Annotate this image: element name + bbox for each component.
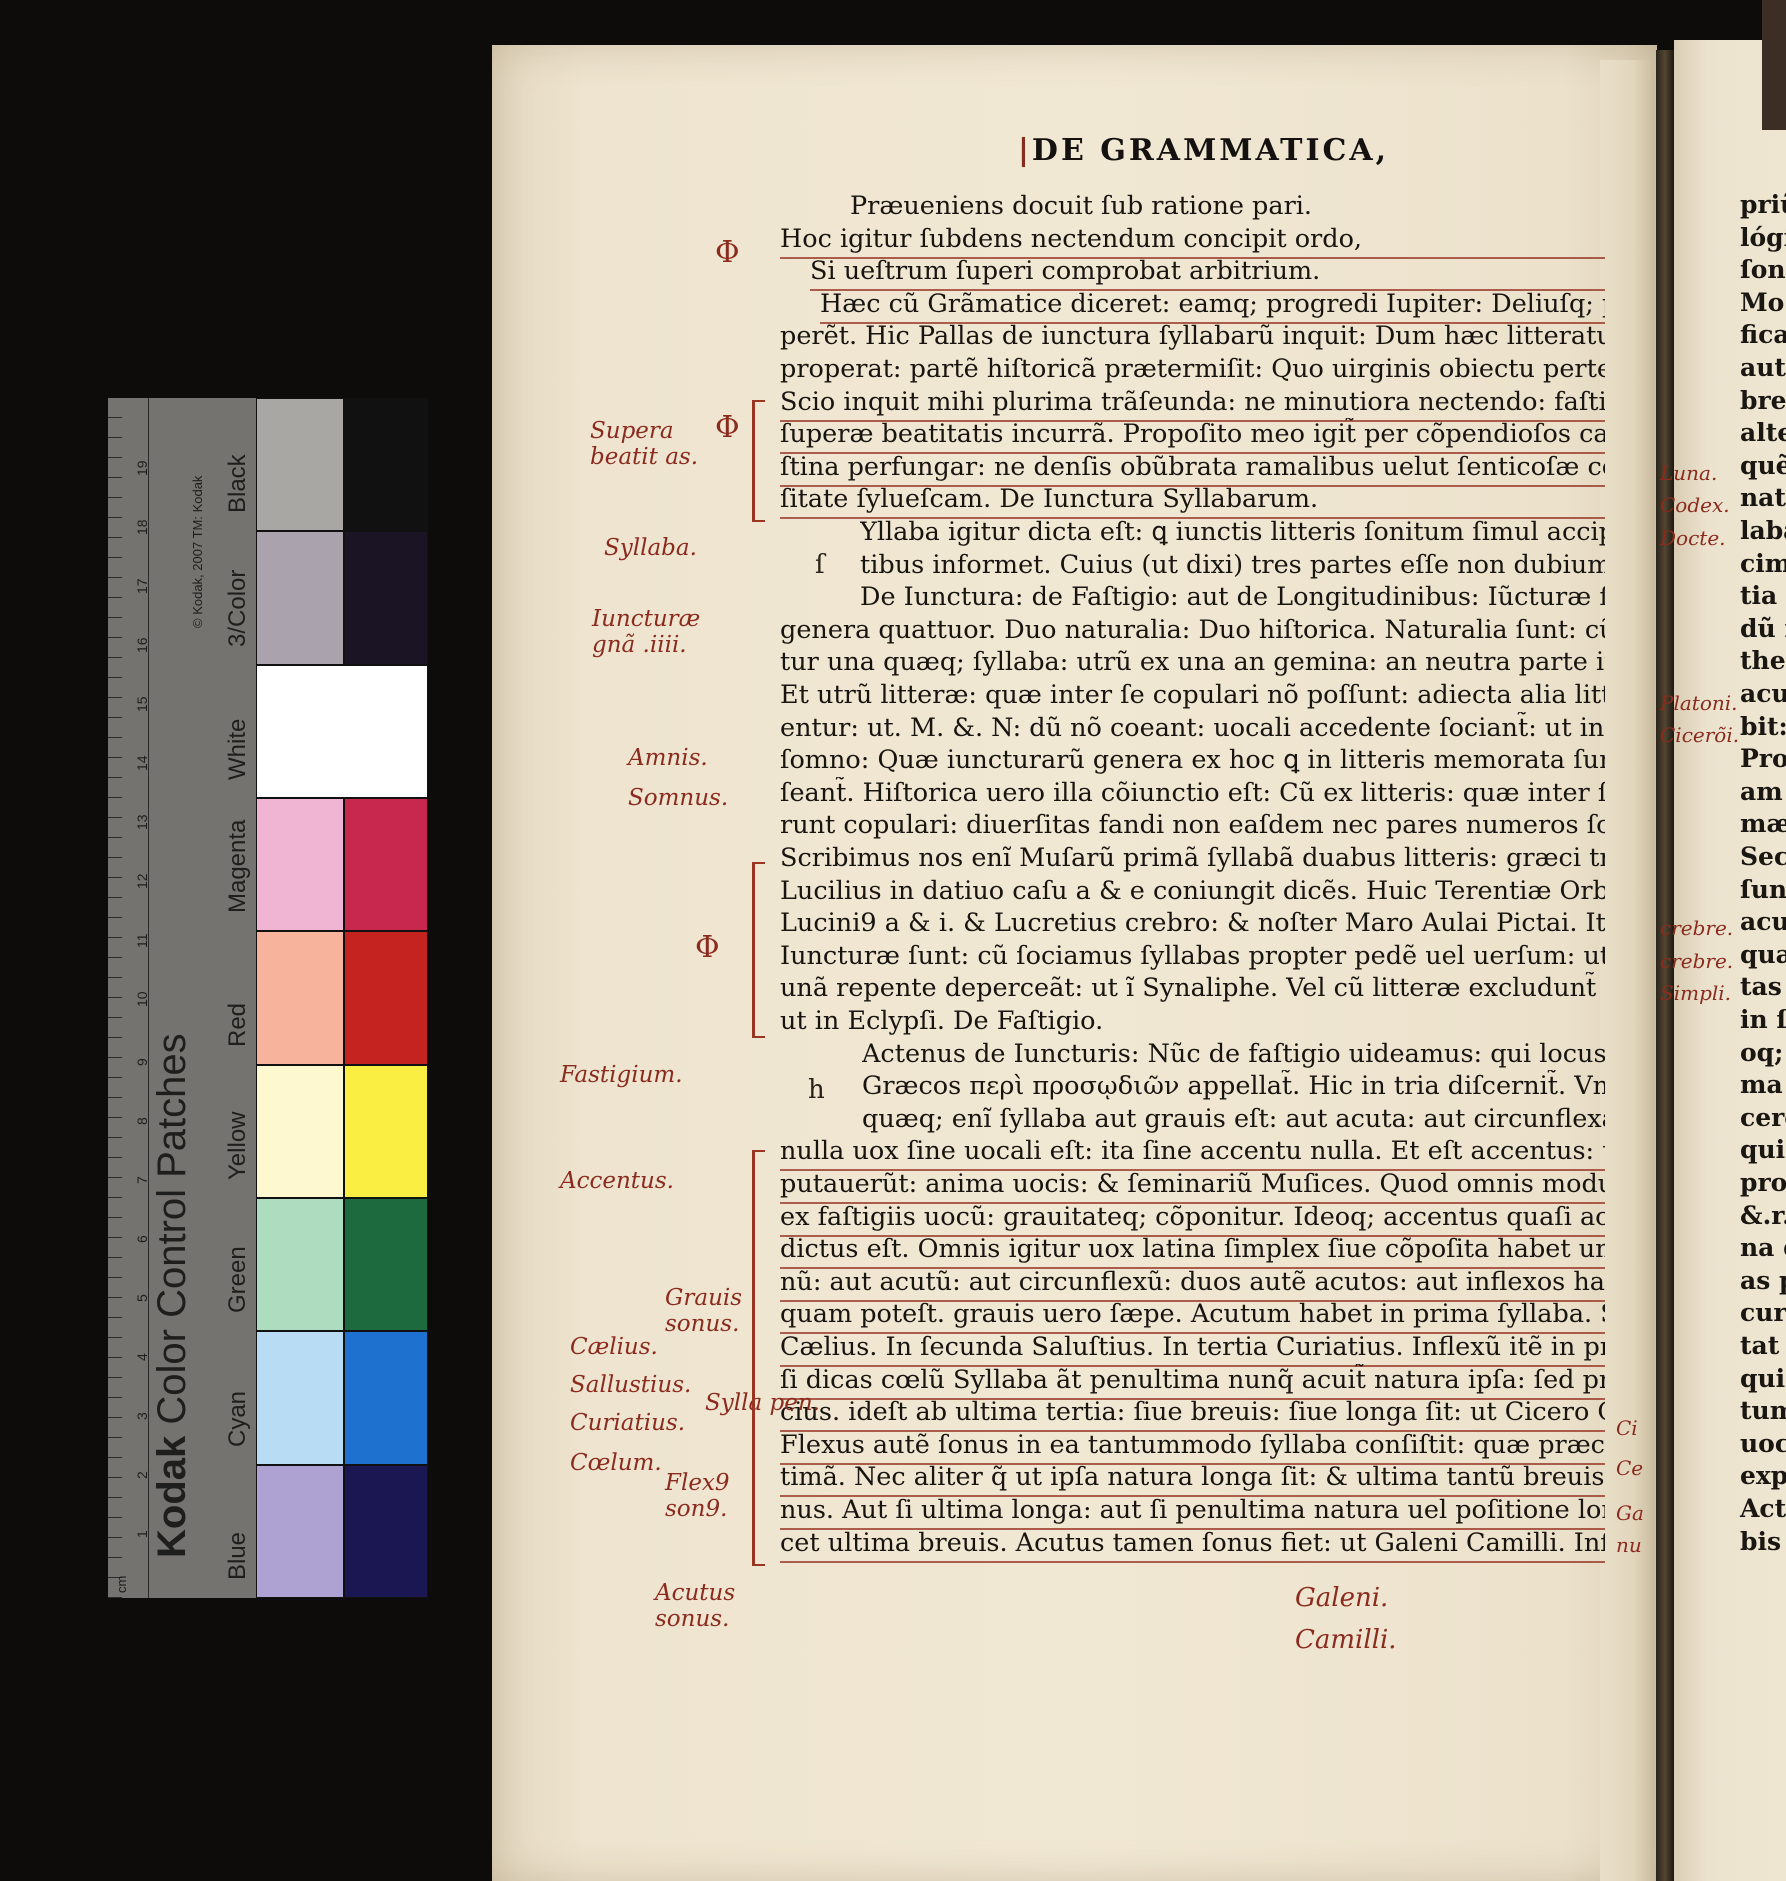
color-patch-dark xyxy=(344,1331,428,1464)
color-patch-light xyxy=(256,931,344,1064)
next-page-line: tia a xyxy=(1740,581,1786,610)
margin-note: Acutus sonus. xyxy=(655,1580,765,1632)
margin-note: Fastigium. xyxy=(560,1062,683,1088)
next-page-line: uoci xyxy=(1740,1429,1786,1458)
margin-note: Somnus. xyxy=(628,785,728,811)
next-page-margin-note: Simpli. xyxy=(1660,980,1731,1006)
text-line: ſitate ſylueſcam. De Iunctura Syllabarum… xyxy=(780,483,1605,519)
text-line: tur una quæq; ſyllaba: utrũ ex una an ge… xyxy=(780,646,1605,678)
ruler-cm-mark: 7 xyxy=(134,1176,150,1184)
text-line: nũ: aut acutũ: aut circunflexũ: duos aut… xyxy=(780,1266,1605,1302)
color-patch-light xyxy=(256,798,344,931)
next-page-margin-note: nu xyxy=(1616,1532,1642,1558)
text-line: ſuperæ beatitatis incurrã. Propoſito meo… xyxy=(780,418,1605,454)
bottom-margin-note: Camilli. xyxy=(1295,1627,1397,1653)
text-line: Scio inquit mihi plurima trãſeunda: ne m… xyxy=(780,386,1605,422)
next-page-line: tum xyxy=(1740,1396,1786,1425)
next-page-line: lógi xyxy=(1740,223,1786,252)
margin-note: Accentus. xyxy=(560,1168,674,1194)
patch-label: Black xyxy=(224,455,252,514)
text-line: Flexus autẽ ſonus in ea tantummodo ſylla… xyxy=(780,1429,1605,1465)
next-page-line: brei xyxy=(1740,386,1786,415)
paragraph-mark-icon: Φ xyxy=(695,930,720,965)
ruler-cm-mark: 11 xyxy=(134,933,150,948)
paragraph-mark-icon: Φ xyxy=(715,235,740,270)
text-line: De Iunctura: de Faſtigio: aut de Longitu… xyxy=(860,581,1605,613)
text-line: genera quattuor. Duo naturalia: Duo hiſt… xyxy=(780,614,1605,646)
text-line: runt copulari: diuerſitas fandi non eaſd… xyxy=(780,809,1605,841)
next-page-line: acut xyxy=(1740,907,1786,936)
ruler-cm-mark: 6 xyxy=(134,1235,150,1243)
color-patch-light xyxy=(256,1331,344,1464)
next-page-line: bis xyxy=(1740,1527,1781,1556)
patch-label: Magenta xyxy=(224,820,252,913)
card-title: Kodak Color Control Patches xyxy=(150,1033,195,1558)
text-line: Hoc igitur ſubdens nectendum concipit or… xyxy=(780,223,1605,259)
next-page-line: acuẽ xyxy=(1740,679,1786,708)
text-line: Præueniens docuit ſub ratione pari. xyxy=(850,190,1605,222)
text-line: ut in Eclypſi. De Faſtigio. xyxy=(780,1005,1605,1037)
next-page-line: theg xyxy=(1740,646,1786,675)
text-line: dictus eſt. Omnis igitur uox latina ſimp… xyxy=(780,1233,1605,1269)
ruler-cm-mark: 13 xyxy=(134,814,150,830)
patch-label: Yellow xyxy=(224,1112,252,1181)
ruler-unit-cm: cm xyxy=(114,1576,129,1593)
patch-label: White xyxy=(224,719,252,780)
next-page-margin-note: Luna. xyxy=(1660,460,1717,486)
patch-label: 3/Color xyxy=(224,569,252,646)
patch-label: Cyan xyxy=(224,1391,252,1447)
next-page-line: tas b xyxy=(1740,972,1786,1001)
next-page-line: ma f xyxy=(1740,1070,1786,1099)
next-page-line: autẽ xyxy=(1740,353,1786,382)
ruler-cm-mark: 5 xyxy=(134,1294,150,1302)
color-patch-light xyxy=(256,1198,344,1331)
next-page-line: mæ xyxy=(1740,809,1786,838)
text-line: Actenus de Iuncturis: Nũc de faſtigio ui… xyxy=(862,1038,1605,1070)
red-bracket xyxy=(752,862,765,1038)
ruler-cm-mark: 17 xyxy=(134,578,150,594)
color-patch-light xyxy=(256,398,344,531)
ruler-cm-mark: 4 xyxy=(134,1353,150,1361)
text-line: Lucini9 a & i. & Lucretius crebro: & noſ… xyxy=(780,907,1605,939)
text-line: Si ueſtrum ſuperi comprobat arbitrium. xyxy=(810,255,1605,291)
ruler-cm-mark: 10 xyxy=(134,991,150,1007)
margin-note: Supera beatit as. xyxy=(590,418,700,470)
text-line: cet ultima breuis. Acutus tamen ſonus fi… xyxy=(780,1527,1605,1563)
next-page-margin-note: crebre. xyxy=(1660,948,1733,974)
text-line: Græcos περὶ προσῳδιῶν appellat̃. Hic in … xyxy=(862,1070,1605,1102)
next-page-line: in ſe xyxy=(1740,1005,1786,1034)
next-page-margin-note: Ga xyxy=(1616,1500,1644,1526)
next-page-margin-note: crebre. xyxy=(1660,915,1733,941)
kodak-color-card: 12345678910111213141516171819 Kodak Colo… xyxy=(108,398,428,1598)
text-line: Iuncturæ ſunt: cũ ſociamus ſyllabas prop… xyxy=(780,940,1605,972)
next-page-margin-note: Cicerõi. xyxy=(1660,722,1739,748)
color-patch-dark xyxy=(344,1198,428,1331)
text-line: Yllaba igitur dicta eſt: ꝗ iunctis litte… xyxy=(860,516,1605,548)
ruler-cm-mark: 19 xyxy=(134,460,150,476)
next-page-line: alter xyxy=(1740,418,1786,447)
ruler-cm-mark: 15 xyxy=(134,696,150,712)
patch-label: Blue xyxy=(224,1532,252,1580)
card-copyright: © Kodak, 2007 TM: Kodak xyxy=(190,476,205,628)
text-line: ſeant̃. Hiſtorica uero illa cõiunctio eſ… xyxy=(780,777,1605,809)
margin-note: Cælius. xyxy=(570,1334,658,1360)
next-page-line: Pro xyxy=(1740,744,1786,773)
margin-note: Iuncturæ gnã .iiii. xyxy=(592,606,702,658)
next-page-line: na d xyxy=(1740,1233,1786,1262)
ruler-cm-mark: 9 xyxy=(134,1058,150,1066)
next-page-line: Acti xyxy=(1740,1494,1786,1523)
text-line: Lucilius in datiuo caſu a & e coniungit … xyxy=(780,875,1605,907)
color-patch-dark xyxy=(344,398,428,531)
next-page-line: curr xyxy=(1740,1298,1786,1327)
next-page-line: tat p xyxy=(1740,1331,1786,1360)
ruler-cm-mark: 1 xyxy=(134,1530,150,1538)
text-line: timã. Nec aliter q̃ ut ipſa natura longa… xyxy=(780,1461,1605,1497)
red-bracket xyxy=(752,400,765,522)
next-page-line: as po xyxy=(1740,1266,1786,1295)
next-page-line: am f xyxy=(1740,777,1786,806)
text-line: Scribimus nos enĩ Muſarũ primã ſyllabã d… xyxy=(780,842,1605,874)
next-page-margin-note: Ce xyxy=(1616,1455,1643,1481)
next-page-line: dũ ſ xyxy=(1740,614,1786,643)
next-page-line: bit: xyxy=(1740,712,1786,741)
ruler-cm-mark: 18 xyxy=(134,519,150,535)
text-line: Et utrũ litteræ: quæ inter ſe copulari n… xyxy=(780,679,1605,711)
ruler-cm-mark: 3 xyxy=(134,1412,150,1420)
next-page-line: prox xyxy=(1740,1168,1786,1197)
next-page-line: ceret xyxy=(1740,1103,1786,1132)
next-page-line: Seci xyxy=(1740,842,1786,871)
text-line: ſi dicas cœlũ Syllaba ãt penultima nunq̃… xyxy=(780,1364,1605,1400)
text-line: properat: partẽ hiſtoricã prætermiſit: Q… xyxy=(780,353,1605,385)
text-line: quam poteſt. grauis uero ſæpe. Acutum ha… xyxy=(780,1298,1605,1334)
text-line: unã repente deperceãt: ut ĩ Synaliphe. V… xyxy=(780,972,1605,1004)
guide-letter: h xyxy=(808,1075,825,1105)
next-page-line: natu xyxy=(1740,483,1786,512)
color-patch-dark xyxy=(344,531,428,664)
margin-note: Curiatius. xyxy=(570,1410,685,1436)
next-page-line: ſon xyxy=(1740,255,1786,284)
ruler-cm-mark: 12 xyxy=(134,873,150,889)
text-line: ſomno: Quæ iuncturarũ genera ex hoc ꝗ in… xyxy=(780,744,1605,776)
color-patch-light xyxy=(256,531,344,664)
patch-label: Green xyxy=(224,1247,252,1314)
next-page-line: quid xyxy=(1740,1364,1786,1393)
text-line: quæq; enĩ ſyllaba aut grauis eſt: aut ac… xyxy=(862,1103,1605,1135)
ruler-cm-mark: 2 xyxy=(134,1471,150,1479)
next-page-line: priũ xyxy=(1740,190,1786,219)
margin-note: Sallustius. xyxy=(570,1372,680,1398)
next-page-line: quia xyxy=(1740,1135,1786,1164)
book-spine xyxy=(1762,0,1786,130)
next-page-line: laba xyxy=(1740,516,1786,545)
patch-label: Red xyxy=(224,1003,252,1047)
margin-note: Cœlum. xyxy=(570,1450,662,1476)
next-page-margin-note: Docte. xyxy=(1660,525,1726,551)
text-line: Cælius. In ſecunda Saluſtius. In tertia … xyxy=(780,1331,1605,1367)
next-page-line: oq; f xyxy=(1740,1038,1786,1067)
red-bracket xyxy=(752,1150,765,1566)
bottom-margin-note: Galeni. xyxy=(1295,1585,1388,1611)
color-patch-dark xyxy=(344,931,428,1064)
ruler-cm-mark: 8 xyxy=(134,1117,150,1125)
text-line: putauerũt: anima uocis: & ſeminariũ Muſi… xyxy=(780,1168,1605,1204)
text-line: entur: ut. M. &. N: dũ nõ coeant: uocali… xyxy=(780,712,1605,744)
next-page-line: explo xyxy=(1740,1461,1786,1490)
text-line: ex faſtigiis uocũ: grauitateq; cõponitur… xyxy=(780,1201,1605,1237)
running-head: |DE GRAMMATICA, xyxy=(1018,133,1389,168)
text-line: cius. ideſt ab ultima tertia: ſiue breui… xyxy=(780,1396,1605,1432)
margin-note: Amnis. xyxy=(628,745,708,771)
text-line: nus. Aut ſi ultima longa: aut ſi penulti… xyxy=(780,1494,1605,1530)
text-line: tibus informet. Cuius (ut dixi) tres par… xyxy=(860,549,1605,581)
guide-letter: ſ xyxy=(815,550,825,580)
color-patch-dark xyxy=(344,1465,428,1598)
next-page-line: quæ xyxy=(1740,940,1786,969)
color-patch-dark xyxy=(344,798,428,931)
ruler-cm-mark: 16 xyxy=(134,637,150,653)
next-page-line: ſunt xyxy=(1740,875,1786,904)
page-edge xyxy=(1600,60,1655,1881)
next-page-line: quẽ xyxy=(1740,451,1786,480)
color-patch-light xyxy=(256,1465,344,1598)
next-page-line: &.r. xyxy=(1740,1201,1786,1230)
next-page-margin-note: Platoni. xyxy=(1660,690,1738,716)
text-line: Hæc cũ Grãmatice diceret: eamq; progredi… xyxy=(820,288,1605,324)
next-page-margin-note: Ci xyxy=(1616,1415,1638,1441)
color-patch-dark xyxy=(344,1065,428,1198)
text-line: perẽt. Hic Pallas de iunctura ſyllabarũ … xyxy=(780,320,1605,352)
ruler-cm-mark: 14 xyxy=(134,755,150,771)
text-line: ſtina perfungar: ne denſis obũbrata rama… xyxy=(780,451,1605,487)
next-page-line: cimu xyxy=(1740,549,1786,578)
color-patch-light xyxy=(256,665,428,798)
margin-note: Syllaba. xyxy=(604,535,697,561)
text-line: nulla uox ſine uocali eſt: ita ſine acce… xyxy=(780,1135,1605,1171)
paragraph-mark-icon: Φ xyxy=(715,410,740,445)
next-page-line: ficat xyxy=(1740,320,1786,349)
color-patch-light xyxy=(256,1065,344,1198)
next-page-margin-note: Codex. xyxy=(1660,492,1730,518)
next-page-line: Mo xyxy=(1740,288,1784,317)
